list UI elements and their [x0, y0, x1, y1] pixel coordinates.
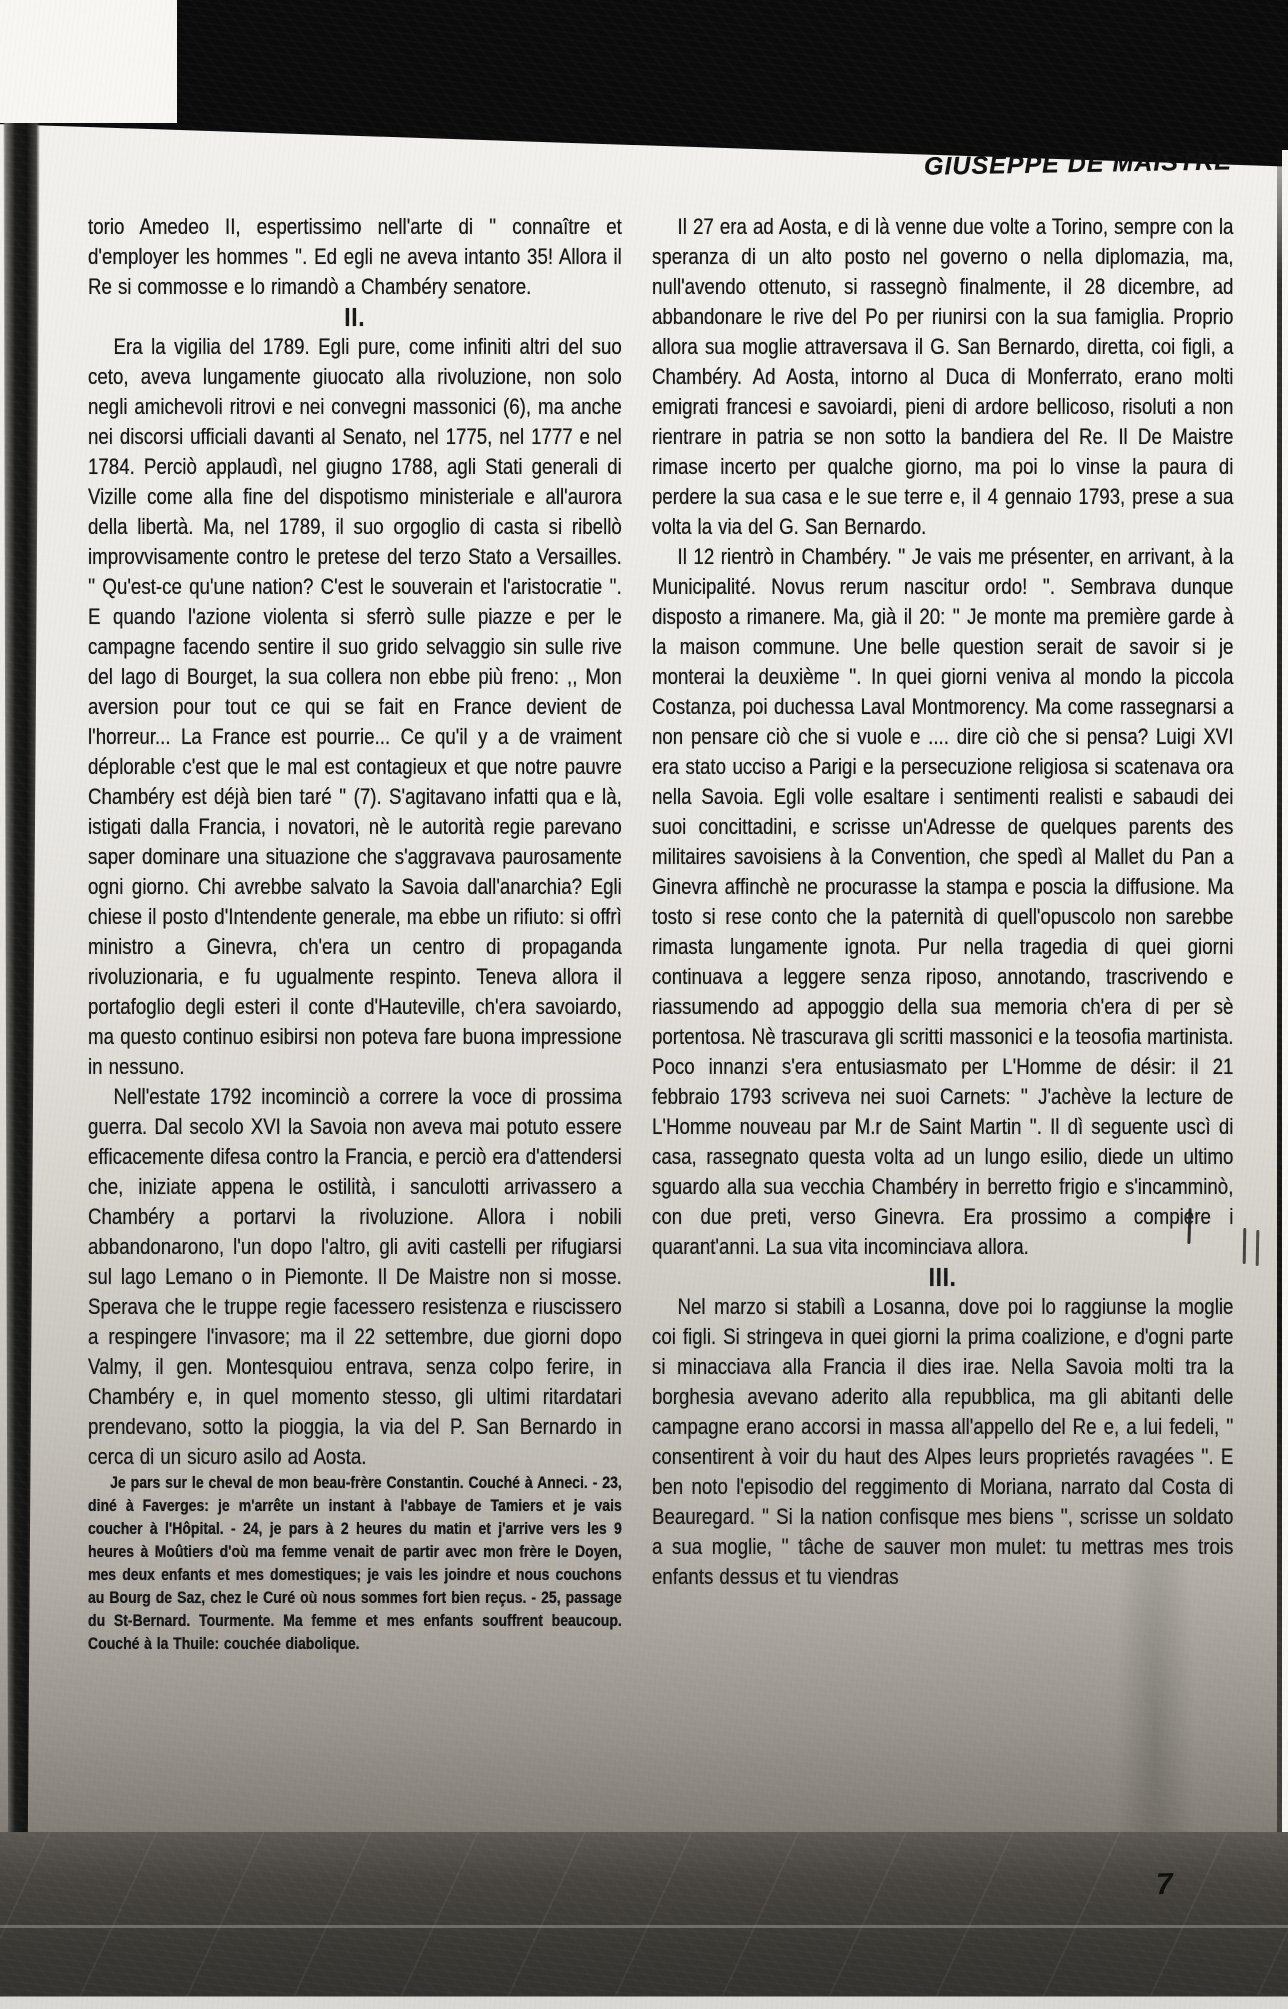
section-heading-ii: II.: [88, 302, 622, 332]
page-text-layer: GIUSEPPE DE MAISTRE torio Amedeo II, esp…: [0, 0, 1288, 2009]
page-number: 7: [1155, 1868, 1173, 1903]
paragraph: Il 12 rientrò in Chambéry. '' Je vais me…: [652, 542, 1233, 1262]
right-column: Il 27 era ad Aosta, e di là venne due vo…: [652, 212, 1233, 1592]
paragraph: Il 27 era ad Aosta, e di là venne due vo…: [652, 212, 1233, 542]
paragraph: Nel marzo si stabilì a Losanna, dove poi…: [652, 1292, 1233, 1592]
footnote-text: Je pars sur le cheval de mon beau-frère …: [88, 1472, 622, 1656]
paragraph: Nell'estate 1792 incominciò a correre la…: [88, 1082, 622, 1472]
section-heading-iii: III.: [652, 1262, 1233, 1292]
paragraph-continuation: torio Amedeo II, espertissimo nell'arte …: [88, 212, 622, 302]
paragraph: Era la vigilia del 1789. Egli pure, come…: [88, 332, 622, 1082]
left-column: torio Amedeo II, espertissimo nell'arte …: [88, 212, 622, 1656]
scanned-book-page: GIUSEPPE DE MAISTRE torio Amedeo II, esp…: [0, 0, 1288, 2009]
running-header-title: GIUSEPPE DE MAISTRE: [924, 147, 1232, 181]
